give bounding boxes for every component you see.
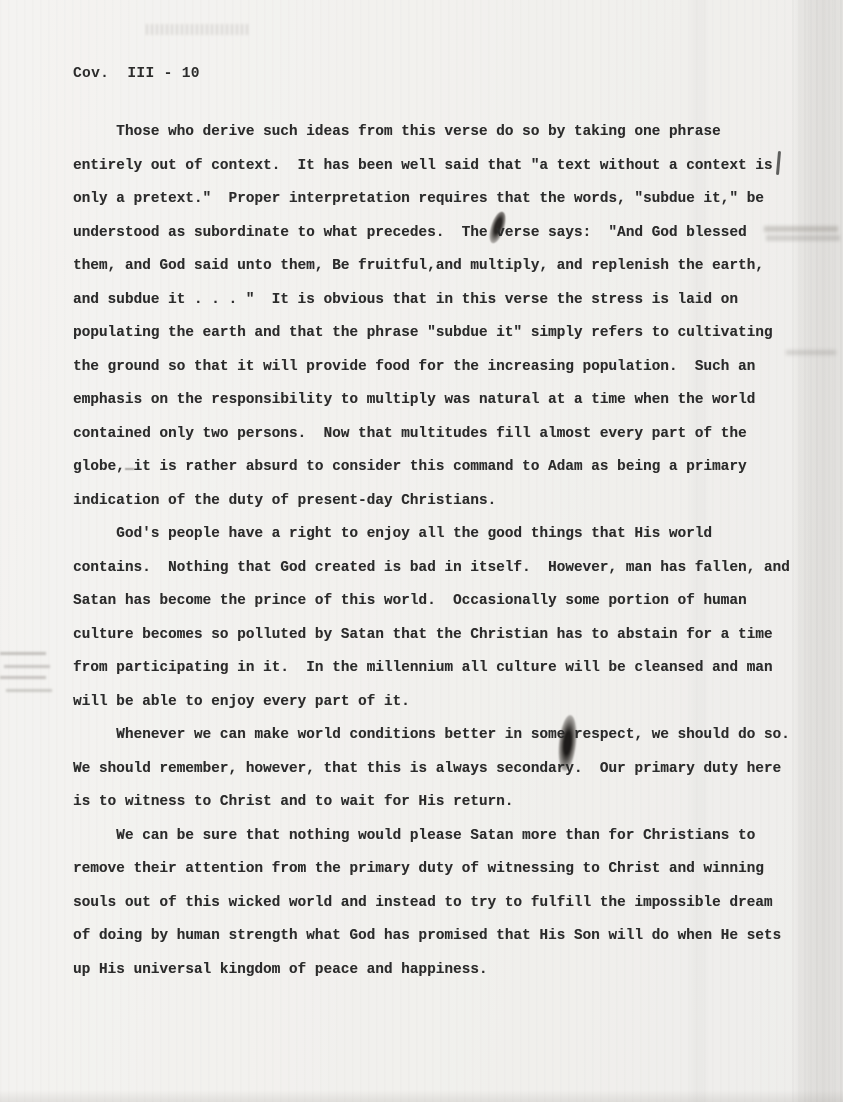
pencil-scribbles bbox=[0, 652, 46, 655]
text-line: globe, it is rather absurd to consider t… bbox=[73, 451, 813, 485]
paragraph: Those who derive such ideas from this ve… bbox=[73, 116, 813, 518]
text-line: Whenever we can make world conditions be… bbox=[73, 719, 813, 753]
paragraph: God's people have a right to enjoy all t… bbox=[73, 518, 813, 719]
text-line: up His universal kingdom of peace and ha… bbox=[73, 954, 813, 988]
text-line: Satan has become the prince of this worl… bbox=[73, 585, 813, 619]
text-line: entirely out of context. It has been wel… bbox=[73, 150, 813, 184]
text-line: remove their attention from the primary … bbox=[73, 853, 813, 887]
scan-bottom-band bbox=[0, 1090, 843, 1102]
text-line: only a pretext." Proper interpretation r… bbox=[73, 183, 813, 217]
text-line: is to witness to Christ and to wait for … bbox=[73, 786, 813, 820]
document-body: Those who derive such ideas from this ve… bbox=[73, 116, 813, 987]
text-line: will be able to enjoy every part of it. bbox=[73, 686, 813, 720]
text-line: souls out of this wicked world and inste… bbox=[73, 887, 813, 921]
paragraph: Whenever we can make world conditions be… bbox=[73, 719, 813, 820]
text-line: contained only two persons. Now that mul… bbox=[73, 418, 813, 452]
text-line: God's people have a right to enjoy all t… bbox=[73, 518, 813, 552]
text-line: contains. Nothing that God created is ba… bbox=[73, 552, 813, 586]
text-line: of doing by human strength what God has … bbox=[73, 920, 813, 954]
text-line: We should remember, however, that this i… bbox=[73, 753, 813, 787]
text-line: Those who derive such ideas from this ve… bbox=[73, 116, 813, 150]
text-line: We can be sure that nothing would please… bbox=[73, 820, 813, 854]
document-page: Cov. III - 10 Those who derive such idea… bbox=[0, 0, 843, 1102]
text-line: culture becomes so polluted by Satan tha… bbox=[73, 619, 813, 653]
page-header: Cov. III - 10 bbox=[73, 66, 200, 82]
text-line: emphasis on the responsibility to multip… bbox=[73, 384, 813, 418]
text-line: the ground so that it will provide food … bbox=[73, 351, 813, 385]
text-line: indication of the duty of present-day Ch… bbox=[73, 485, 813, 519]
text-line: them, and God said unto them, Be fruitfu… bbox=[73, 250, 813, 284]
paragraph: We can be sure that nothing would please… bbox=[73, 820, 813, 988]
text-line: understood as subordinate to what preced… bbox=[73, 217, 813, 251]
text-line: and subdue it . . . " It is obvious that… bbox=[73, 284, 813, 318]
pencil-smudge bbox=[146, 24, 250, 35]
text-line: populating the earth and that the phrase… bbox=[73, 317, 813, 351]
text-line: from participating in it. In the millenn… bbox=[73, 652, 813, 686]
